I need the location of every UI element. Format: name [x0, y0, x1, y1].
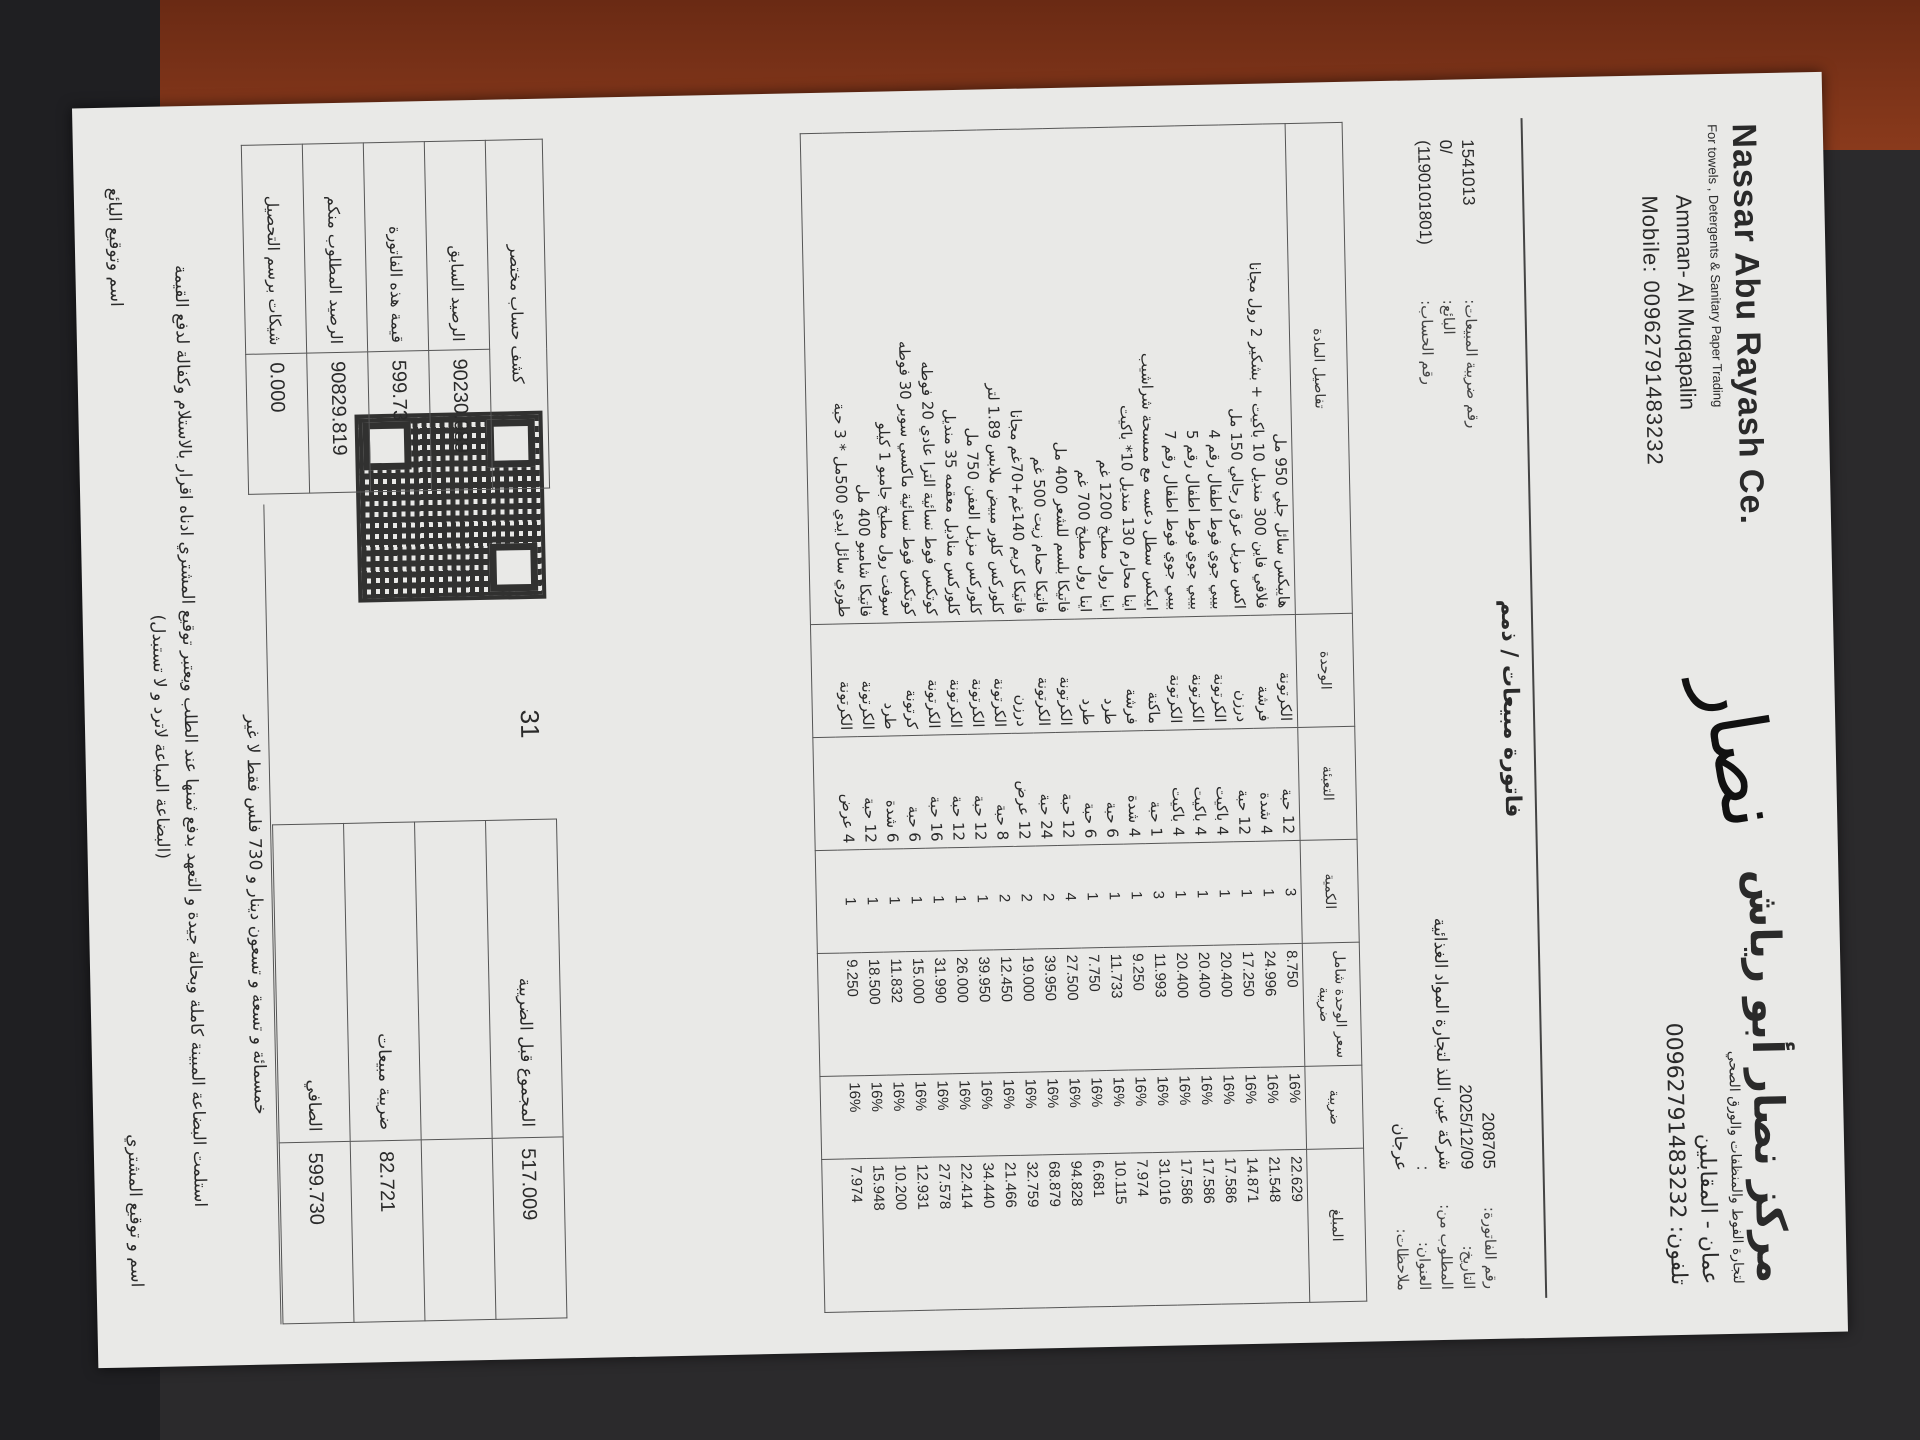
- cell-unit: الكرتونة: [1163, 617, 1187, 730]
- cell-unit: الكرتونة: [921, 622, 945, 735]
- cell-tax: 16%: [908, 1074, 932, 1157]
- cell-unit: الكرتونة: [987, 620, 1011, 733]
- phone-number-ar: 00962791483232: [1660, 1022, 1689, 1218]
- cell-quantity: 3: [1278, 840, 1303, 943]
- cell-quantity: 1: [860, 849, 884, 952]
- col-unit: الوحدة: [1295, 613, 1354, 727]
- cell-tax: 16%: [1150, 1069, 1174, 1152]
- cell-packing: 12 حبة: [857, 736, 881, 849]
- cell-packing: 4 باكيت: [1165, 730, 1189, 843]
- cell-packing: 8 حبة: [989, 733, 1013, 846]
- cell-quantity: 1: [1102, 844, 1126, 947]
- cell-tax: 16%: [1260, 1067, 1284, 1150]
- cell-packing: 6 حبة: [901, 735, 925, 848]
- cell-amount: 27.578: [932, 1157, 957, 1310]
- cell-unit-price: 27.500: [1060, 948, 1085, 1071]
- tax-label: ضريبة مبيعات: [344, 822, 422, 1141]
- cell-tax: 16%: [864, 1075, 888, 1158]
- cell-tax: 16%: [1194, 1068, 1218, 1151]
- account-value: 90829.819: [307, 352, 371, 493]
- account-statement: كشف حساب مختصر 90230.089 الرصيد السابق 5…: [241, 139, 550, 495]
- seller-meta: 1541013 رقم ضريبة المبيعات: 0/ البائع: (…: [1412, 139, 1487, 560]
- cell-tax: 16%: [1040, 1071, 1064, 1154]
- meta-label: ملاحظات:: [1390, 1181, 1414, 1291]
- meta-value: 0/: [1434, 139, 1459, 289]
- cell-unit-price: 17.250: [1236, 944, 1261, 1067]
- col-description: تفاصيل المادة: [1285, 122, 1352, 614]
- meta-value: 208705: [1476, 1112, 1499, 1169]
- meta-value: 2025/12/09: [1454, 1084, 1478, 1170]
- meta-label: رقم ضريبة المبيعات:: [1459, 299, 1484, 429]
- seller-signature: اسم وتوقيع البائع: [104, 187, 126, 307]
- cell-tax: 16%: [1128, 1070, 1152, 1153]
- meta-label: العنوان:: [1412, 1180, 1436, 1290]
- meta-value: عرجان: [1389, 1123, 1412, 1171]
- cell-unit-price: 7.750: [1082, 948, 1107, 1071]
- account-value: 599.73: [368, 351, 432, 492]
- cell-amount: 15.948: [866, 1158, 891, 1311]
- cell-tax: 16%: [996, 1072, 1020, 1155]
- meta-label: البائع:: [1437, 299, 1460, 334]
- phone-label-ar: تلفون:: [1665, 1225, 1691, 1285]
- cell-quantity: 1: [948, 847, 972, 950]
- cell-unit: درزن: [1009, 620, 1033, 733]
- company-arabic-block: مركز نصار أبو رياش لتجارة الفوط والمنظفا…: [1657, 863, 1797, 1286]
- cell-unit-price: 39.950: [972, 950, 997, 1073]
- cell-unit-price: 8.750: [1280, 943, 1305, 1066]
- cell-packing: 4 عرض: [835, 737, 859, 850]
- cell-tax: 16%: [1062, 1071, 1086, 1154]
- cell-tax: 16%: [1106, 1070, 1130, 1153]
- cell-unit-price: 15.000: [906, 951, 931, 1074]
- cell-quantity: 3: [1146, 843, 1170, 946]
- cell-amount: 21.466: [998, 1155, 1023, 1308]
- cell-amount: 10.200: [888, 1158, 913, 1311]
- cell-tax: 16%: [952, 1073, 976, 1156]
- account-row: 599.73 قيمة هذه الفاتورة: [363, 142, 431, 492]
- net-value: 599.730: [279, 1141, 354, 1323]
- cell-packing: 6 حبة: [1077, 732, 1101, 845]
- account-row: 90230.089 الرصيد السابق: [424, 140, 492, 490]
- cell-quantity: 1: [838, 850, 862, 953]
- cell-unit: الكرتونة: [1053, 619, 1077, 732]
- cell-tax: 16%: [1172, 1069, 1196, 1152]
- cell-unit: طرد: [1097, 618, 1121, 731]
- cell-amount: 34.440: [976, 1156, 1001, 1309]
- cell-quantity: 4: [1058, 845, 1082, 948]
- cell-quantity: 1: [1124, 844, 1148, 947]
- cell-amount: 21.548: [1262, 1150, 1287, 1303]
- cell-unit-price: 19.000: [1016, 949, 1041, 1072]
- cell-amount: 12.931: [910, 1157, 935, 1310]
- tax-value: 82.721: [350, 1140, 425, 1322]
- cell-packing: 24 حبة: [1033, 733, 1057, 846]
- cell-packing: 12 حبة: [945, 734, 969, 847]
- cell-quantity: 2: [1014, 846, 1038, 949]
- cell-unit: الكرتونة: [1031, 620, 1055, 733]
- cell-unit: الكرتونة: [1185, 616, 1209, 729]
- cell-quantity: 2: [992, 846, 1016, 949]
- company-mobile-en: Mobile: 00962791483232: [1635, 125, 1672, 645]
- cell-unit-price: 12.450: [994, 949, 1019, 1072]
- cell-unit-price: 9.250: [1126, 947, 1151, 1070]
- cell-tax: 16%: [1018, 1072, 1042, 1155]
- cell-quantity: 1: [882, 849, 906, 952]
- cell-tax: 16%: [930, 1074, 954, 1157]
- account-value: 90230.089: [429, 349, 493, 490]
- account-label: الرصيد المطلوب منكم: [302, 143, 367, 353]
- meta-label: رقم الحساب:: [1415, 300, 1439, 385]
- cell-tax: 16%: [1216, 1068, 1240, 1151]
- cell-unit: الكرتونة: [833, 624, 857, 737]
- cell-unit: الكرتونة: [1273, 614, 1298, 727]
- cell-amount: 7.974: [844, 1159, 869, 1312]
- cell-amount: 17.586: [1218, 1151, 1243, 1304]
- col-unit-price: سعر الوحدة شامل ضريبة: [1302, 942, 1362, 1066]
- cell-packing: 4 باكيت: [1209, 729, 1233, 842]
- totals-table: 517.009 المجموع قبل الضريبة 82.721 ضريبة…: [272, 818, 567, 1324]
- account-row: 90829.819 الرصيد المطلوب منكم: [302, 143, 370, 493]
- qr-finder-icon: [489, 543, 538, 592]
- cell-amount: 22.414: [954, 1156, 979, 1309]
- cell-packing: 12 حبة: [1231, 728, 1255, 841]
- cell-quantity: 2: [1036, 845, 1060, 948]
- cell-packing: 4 شدة: [1253, 728, 1277, 841]
- company-phone-ar: تلفون: 00962791483232: [1657, 865, 1691, 1285]
- cell-tax: 16%: [974, 1073, 998, 1156]
- cell-unit-price: 20.400: [1170, 946, 1195, 1069]
- cell-tax: 16%: [1282, 1066, 1306, 1149]
- cell-quantity: 1: [1168, 843, 1192, 946]
- meta-label: المطلوب من:: [1434, 1180, 1458, 1290]
- cell-unit: طرد: [877, 623, 901, 736]
- items-table: المبلغ ضريبة سعر الوحدة شامل ضريبة الكمي…: [800, 122, 1368, 1313]
- cell-amount: 10.115: [1108, 1153, 1133, 1306]
- cell-unit: درزن: [1229, 615, 1253, 728]
- cell-packing: 4 باكيت: [1187, 729, 1211, 842]
- col-packing: التعبئة: [1298, 726, 1357, 840]
- meta-value: (1190101801): [1412, 140, 1437, 290]
- cell-unit: كرتونة: [899, 622, 923, 735]
- subtotal-label: المجموع قبل الضريبة: [485, 819, 563, 1138]
- cell-quantity: 1: [1190, 842, 1214, 945]
- cell-packing: 1 حبة: [1143, 730, 1167, 843]
- cell-unit: الكرتونة: [1207, 616, 1231, 729]
- cell-amount: 32.759: [1020, 1155, 1045, 1308]
- net-label: الصافي: [273, 823, 351, 1142]
- cell-amount: 7.974: [1130, 1153, 1155, 1306]
- cell-amount: 6.681: [1086, 1153, 1111, 1306]
- mobile-label: Mobile:: [1637, 195, 1664, 273]
- cell-unit-price: 20.400: [1214, 945, 1239, 1068]
- invoice-header: Nassar Abu Rayash Ce. For towels , Deter…: [1523, 113, 1808, 1298]
- meta-label: رقم الفاتورة:: [1478, 1179, 1502, 1289]
- cell-unit: الكرتونة: [855, 623, 879, 736]
- cell-amount: 22.629: [1284, 1149, 1310, 1302]
- col-tax: ضريبة: [1305, 1065, 1364, 1149]
- cell-unit-price: 24.996: [1258, 944, 1283, 1067]
- cell-quantity: 1: [926, 848, 950, 951]
- cell-tax: 16%: [842, 1076, 866, 1159]
- company-name-en: Nassar Abu Rayash Ce.: [1724, 123, 1774, 644]
- subtotal-value: 517.009: [492, 1137, 567, 1319]
- cell-quantity: 1: [970, 847, 994, 950]
- cell-unit-price: 20.400: [1192, 945, 1217, 1068]
- account-label: الرصيد السابق: [424, 140, 489, 350]
- account-statement-title: كشف حساب مختصر: [485, 139, 549, 489]
- account-label: قيمة هذه الفاتورة: [363, 142, 428, 352]
- total-quantity: 31: [512, 639, 547, 810]
- cell-amount: 31.016: [1152, 1152, 1177, 1305]
- cell-quantity: 1: [1234, 841, 1258, 944]
- cell-amount: 68.879: [1042, 1154, 1067, 1307]
- company-city-ar: عمان - المقابلين: [1688, 864, 1722, 1284]
- cell-amount: 17.586: [1174, 1152, 1199, 1305]
- invoice-paper: Nassar Abu Rayash Ce. For towels , Deter…: [72, 72, 1848, 1368]
- cell-quantity: 1: [1256, 841, 1280, 944]
- company-city-en: Amman- Al Muqapalin: [1669, 124, 1706, 644]
- calligraphy-logo: نصار: [1574, 660, 1799, 860]
- cell-unit: فرشة: [1119, 618, 1143, 731]
- declaration: استلمت البضاعة المبينة كاملة وبحالة جيدة…: [133, 146, 218, 1327]
- blank-row: [415, 820, 496, 1320]
- account-row: 0.000 شيكات برسم التحصيل: [241, 144, 309, 494]
- cell-unit-price: 39.950: [1038, 948, 1063, 1071]
- account-label: شيكات برسم التحصيل: [241, 144, 306, 354]
- cell-tax: 16%: [1084, 1071, 1108, 1154]
- net-row: 599.730 الصافي: [273, 823, 354, 1323]
- cell-amount: 17.586: [1196, 1151, 1221, 1304]
- cell-packing: 12 عرض: [1011, 733, 1035, 846]
- cell-unit-price: 31.990: [928, 951, 953, 1074]
- meta-value: 1541013: [1456, 139, 1481, 289]
- cell-unit: ماكنة: [1141, 617, 1165, 730]
- cell-unit-price: 26.000: [950, 950, 975, 1073]
- cell-unit-price: 11.993: [1148, 946, 1173, 1069]
- account-value: 0.000: [246, 353, 310, 494]
- col-amount: المبلغ: [1307, 1148, 1367, 1302]
- summary-section: 517.009 المجموع قبل الضريبة 82.721 ضريبة…: [223, 139, 568, 1325]
- cell-packing: 12 حبة: [967, 734, 991, 847]
- cell-unit: طرد: [1075, 619, 1099, 732]
- cell-packing: 12 حبة: [1055, 732, 1079, 845]
- cell-unit: الكرتونة: [943, 621, 967, 734]
- tax-row: 82.721 ضريبة مبيعات: [344, 822, 425, 1322]
- cell-amount: 94.828: [1064, 1154, 1089, 1307]
- meta-value: :: [1411, 1165, 1433, 1170]
- cell-quantity: 1: [1080, 845, 1104, 948]
- cell-tax: 16%: [1238, 1067, 1262, 1150]
- cell-unit-price: 9.250: [840, 953, 865, 1076]
- cell-packing: 12 حبة: [1275, 727, 1300, 840]
- cell-packing: 16 حبة: [923, 735, 947, 848]
- buyer-signature: اسم و توقيع المشتري: [123, 1134, 146, 1288]
- buyer-meta: 208705 رقم الفاتورة: 2025/12/09 التاريخ:…: [1381, 749, 1502, 1291]
- cell-unit-price: 18.500: [862, 952, 887, 1075]
- col-quantity: الكمية: [1300, 839, 1359, 943]
- cell-amount: 14.871: [1240, 1150, 1265, 1303]
- cell-unit-price: 11.832: [884, 952, 909, 1075]
- cell-packing: 6 حبة: [1099, 731, 1123, 844]
- cell-packing: 6 شدة: [879, 736, 903, 849]
- cell-quantity: 1: [904, 848, 928, 951]
- cell-quantity: 1: [1212, 842, 1236, 945]
- company-english-block: Nassar Abu Rayash Ce. For towels , Deter…: [1635, 123, 1774, 646]
- company-name-ar: مركز نصار أبو رياش: [1739, 863, 1797, 1284]
- cell-unit: فرشة: [1251, 615, 1275, 728]
- cell-unit-price: 11.733: [1104, 947, 1129, 1070]
- cell-unit: الكرتونة: [965, 621, 989, 734]
- cell-tax: 16%: [886, 1075, 910, 1158]
- cell-packing: 4 شدة: [1121, 731, 1145, 844]
- mobile-number: 00962791483232: [1639, 280, 1668, 466]
- meta-label: التاريخ:: [1456, 1179, 1480, 1289]
- subtotal-row: 517.009 المجموع قبل الضريبة: [485, 819, 566, 1319]
